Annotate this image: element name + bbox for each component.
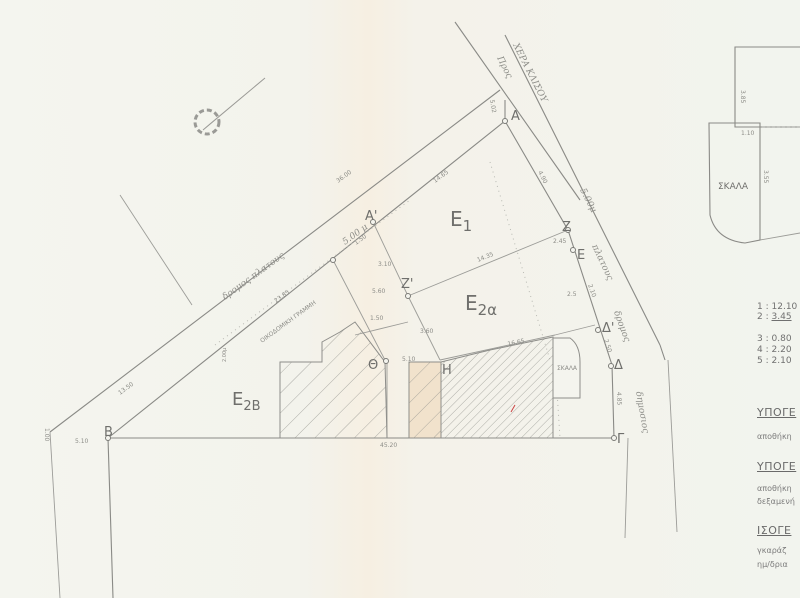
svg-text:36.00: 36.00 bbox=[335, 169, 353, 185]
svg-text:1.50: 1.50 bbox=[370, 315, 384, 322]
section-line: αποθήκη bbox=[757, 432, 792, 441]
svg-text:3.85: 3.85 bbox=[739, 90, 746, 104]
section-line: ημ/δρια bbox=[757, 560, 788, 569]
section-line: αποθήκη bbox=[757, 484, 792, 493]
section-heading-basement-2: ΥΠΟΓΕ bbox=[757, 460, 796, 473]
svg-text:2.50: 2.50 bbox=[602, 338, 613, 353]
top-road-label: δρομος πλατους bbox=[221, 250, 287, 302]
vertex-b-label: B bbox=[104, 425, 113, 440]
vertex-aprime-label: A' bbox=[365, 209, 377, 224]
svg-text:23.85: 23.85 bbox=[273, 289, 291, 305]
vertex-zprime-label: Z' bbox=[401, 277, 413, 292]
site-plan-drawing: A A' Z Z' E Δ' Δ Γ B Θ H E1 E2α E2B δρομ… bbox=[0, 0, 800, 598]
side-stair-label: ΣΚΑΛΑ bbox=[718, 182, 749, 192]
svg-text:2.45: 2.45 bbox=[553, 238, 567, 245]
section-line: δεξαμενή bbox=[757, 497, 795, 506]
svg-text:2.00μ: 2.00μ bbox=[222, 347, 228, 362]
vertex-theta-label: Θ bbox=[368, 358, 378, 373]
section-line: γκαράζ bbox=[757, 546, 786, 555]
direction-to-label: Προς bbox=[494, 54, 515, 81]
svg-text:14.35: 14.35 bbox=[476, 251, 495, 264]
side-panel-dims: 3.85 1.10 3.55 bbox=[739, 90, 769, 184]
svg-text:3.60: 3.60 bbox=[420, 328, 434, 335]
vertex-g-label: Γ bbox=[617, 432, 625, 447]
legend-item-1: 1 : 12.10 bbox=[757, 302, 797, 312]
zone-e2a-label: E2α bbox=[465, 291, 497, 319]
existing-building-east bbox=[441, 337, 553, 438]
svg-text:5.10: 5.10 bbox=[75, 438, 89, 445]
line-zprime-z bbox=[408, 230, 568, 296]
legend-item-4: 4 : 2.20 bbox=[757, 345, 792, 355]
drawing-sheet: A A' Z Z' E Δ' Δ Γ B Θ H E1 E2α E2B δρομ… bbox=[0, 0, 800, 598]
svg-text:5.10: 5.10 bbox=[402, 356, 416, 363]
building-line bbox=[215, 200, 410, 345]
vertex-e-label: E bbox=[577, 248, 585, 263]
svg-text:4.85: 4.85 bbox=[615, 392, 622, 406]
zone-e1-label: E1 bbox=[450, 207, 472, 235]
vertex-a-label: A bbox=[511, 109, 520, 124]
zone-e2b-label: E2B bbox=[232, 389, 261, 414]
svg-text:3.10: 3.10 bbox=[378, 261, 392, 268]
direction-place-label: ΧΕΡΑ ΚΛΙΣΟΥ bbox=[510, 41, 549, 105]
section-heading-basement-1: ΥΠΟΓΕ bbox=[757, 406, 796, 419]
vertex-h-label: H bbox=[442, 363, 452, 378]
side-panel-drawing bbox=[709, 47, 800, 243]
section-heading-ground-floor: ΙΣΟΓΕ bbox=[757, 524, 791, 537]
vertex-dprime-label: Δ' bbox=[602, 321, 614, 336]
north-arrow-icon bbox=[195, 78, 265, 134]
svg-text:2.5: 2.5 bbox=[567, 291, 577, 298]
svg-text:3.55: 3.55 bbox=[762, 170, 769, 184]
legend-item-2: 2 : 3.45 bbox=[757, 312, 792, 322]
stair-label: ΣΚΑΛΑ bbox=[557, 365, 578, 372]
legend-item-5: 5 : 2.10 bbox=[757, 356, 792, 366]
svg-text:1.00: 1.00 bbox=[43, 428, 50, 442]
vertex-z-label: Z bbox=[562, 220, 571, 235]
svg-text:1.10: 1.10 bbox=[741, 130, 755, 137]
svg-text:45.20: 45.20 bbox=[380, 442, 397, 449]
svg-text:5.02: 5.02 bbox=[488, 99, 497, 114]
svg-text:14.65: 14.65 bbox=[432, 169, 450, 185]
right-road-width-label: 5.00μ bbox=[577, 187, 598, 215]
svg-text:5.60: 5.60 bbox=[372, 288, 386, 295]
right-road-public-label: δημοσιος bbox=[633, 391, 650, 435]
neighbor-boundary-line bbox=[120, 195, 192, 305]
vertex-d-label: Δ bbox=[614, 358, 623, 373]
existing-building-west bbox=[280, 322, 387, 438]
svg-text:13.50: 13.50 bbox=[117, 381, 135, 397]
legend-item-3: 3 : 0.80 bbox=[757, 334, 792, 344]
